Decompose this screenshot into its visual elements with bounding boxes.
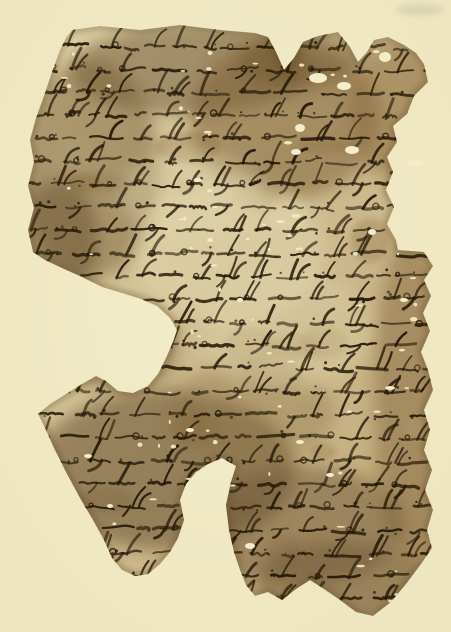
tear-hole <box>296 440 304 444</box>
tear-hole <box>207 238 213 242</box>
tear-hole <box>337 82 351 90</box>
photo-of-manuscript-fragment <box>0 0 451 632</box>
tear-hole <box>368 229 376 235</box>
tear-hole <box>84 454 92 458</box>
tear-hole <box>295 124 305 132</box>
tear-hole <box>237 298 243 302</box>
tear-hole <box>245 543 255 549</box>
tear-hole <box>186 428 194 432</box>
tear-hole <box>345 146 359 154</box>
tear-hole <box>309 73 327 83</box>
tear-hole <box>407 160 423 166</box>
tear-hole <box>291 149 301 155</box>
tear-hole <box>385 386 395 390</box>
tear-hole <box>326 473 334 477</box>
manuscript-fragment-image <box>0 0 451 632</box>
tear-hole <box>379 52 391 62</box>
tear-hole <box>107 504 113 508</box>
tear-hole <box>400 298 408 302</box>
faint-stamp-mark <box>396 4 444 16</box>
